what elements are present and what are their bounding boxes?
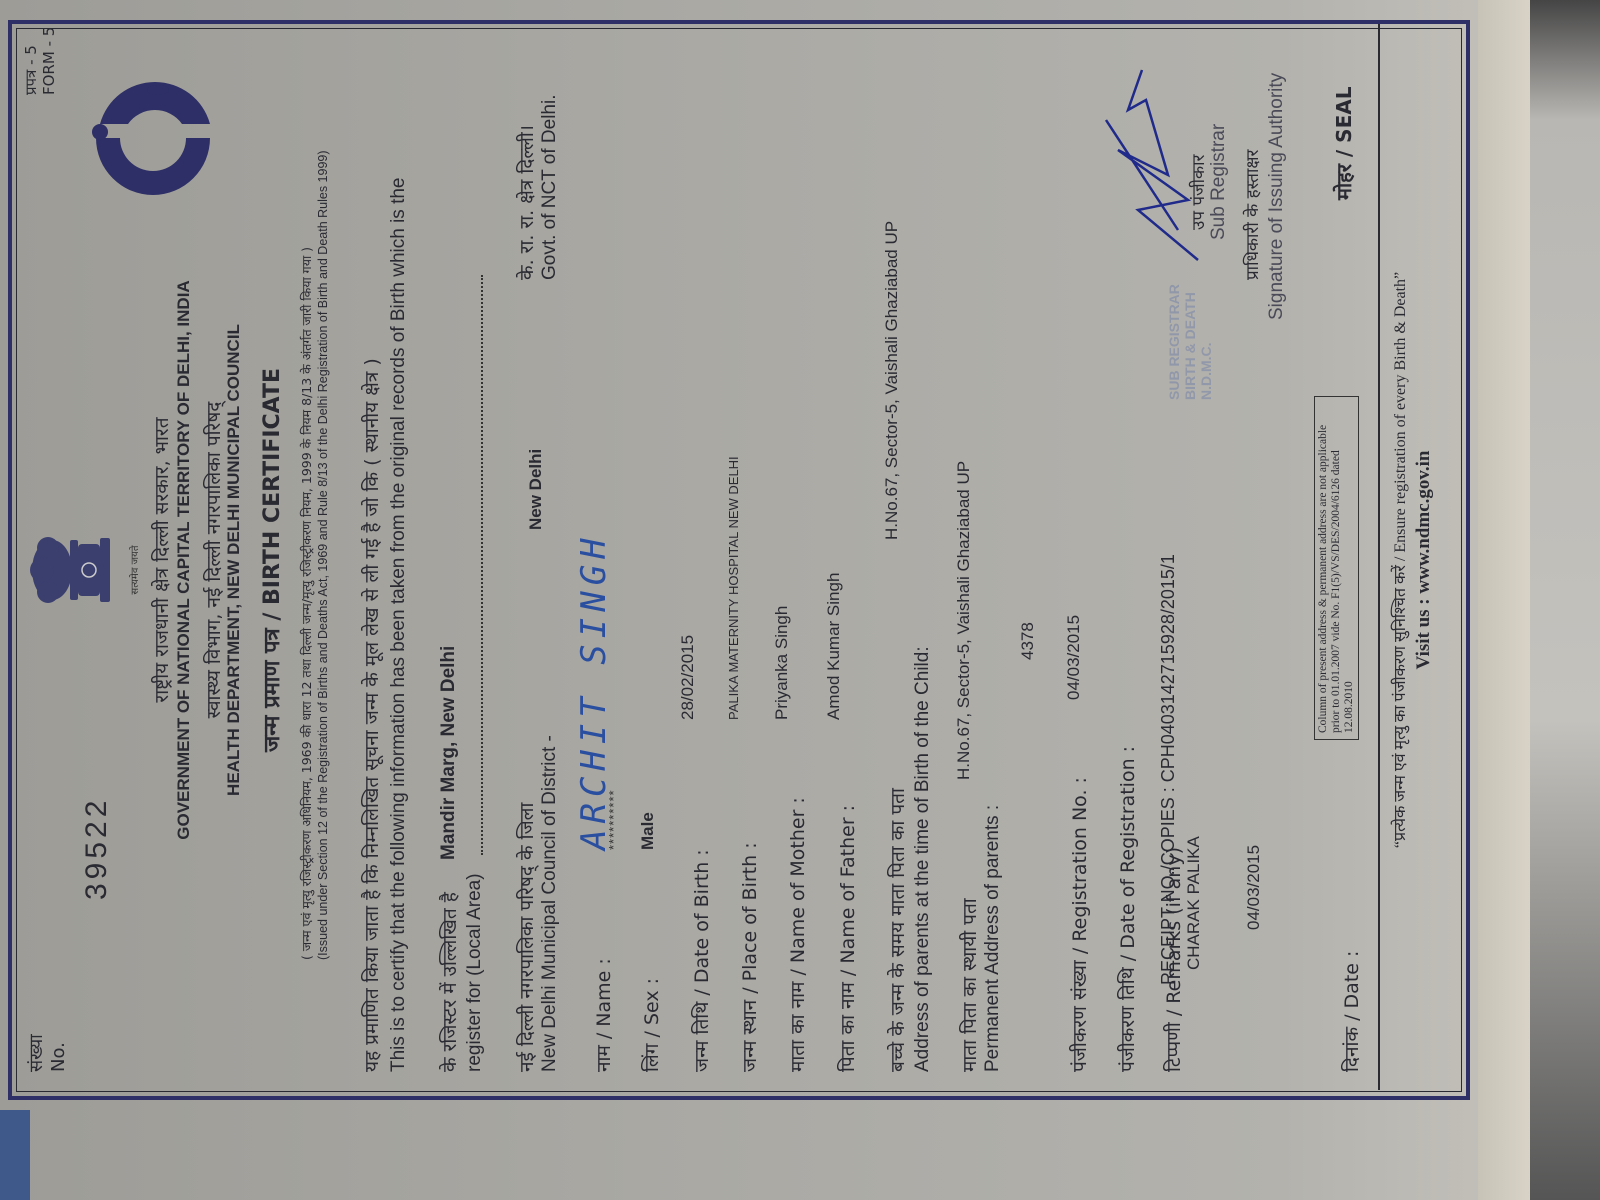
signature-label-hindi: प्राधिकारी के हस्ताक्षर [1240, 150, 1263, 281]
father-label: पिता का नाम / Name of Father : [834, 805, 860, 1072]
seal-label: मोहर / SEAL [1330, 87, 1357, 200]
remarks-value: RECEIPT NO./COPIES : CPH0403142715928/20… [1158, 554, 1179, 985]
remarks-value-line2: CHARAK PALIKA [1184, 836, 1204, 970]
underlying-document-corner [0, 1110, 30, 1200]
document-title: जन्म प्रमाण पत्र / BIRTH CERTIFICATE [256, 20, 286, 1100]
birth-certificate: संख्या No. 39522 सत्यमेव जयते प्रपत्र - … [8, 0, 1478, 1100]
dob-value: 28/02/2015 [678, 635, 698, 720]
certificate-number-label: संख्या No. [26, 1034, 70, 1072]
header-dept-english: HEALTH DEPARTMENT, NEW DELHI MUNICIPAL C… [224, 20, 244, 1100]
national-emblem-icon: सत्यमेव जयते [24, 510, 144, 630]
mother-value: Priyanka Singh [772, 606, 792, 720]
father-value: Amod Kumar Singh [824, 573, 844, 720]
perm-address-label-english: Permanent Address of parents : [982, 805, 1004, 1072]
footer-website: Visit us : www.ndmc.gov.in [1413, 20, 1435, 1100]
sub-registrar-english: Sub Registrar [1208, 124, 1230, 240]
council-label-english: New Delhi Municipal Council of District … [539, 735, 561, 1072]
certificate-number: 39522 [80, 797, 114, 900]
footer-divider [1378, 24, 1380, 1090]
dob-label: जन्म तिथि / Date of Birth : [688, 849, 714, 1072]
legal-note-hindi: ( जन्म एवं मृत्यु रजिस्ट्रीकरण अधिनियम, … [298, 247, 315, 960]
sex-label: लिंग / Sex : [638, 978, 664, 1072]
reg-date-value: 04/03/2015 [1064, 615, 1084, 700]
pob-label: जन्म स्थान / Place of Birth : [736, 842, 762, 1072]
paper-edge [1478, 0, 1530, 1200]
issue-date-value: 04/03/2015 [1244, 845, 1264, 930]
govt-nct-hindi: के. रा. रा. क्षेत्र दिल्ली। [513, 125, 539, 280]
form-number: प्रपत्र - 5 FORM - 5 [22, 27, 58, 95]
sub-registrar-hindi: उप पंजीकार [1186, 155, 1209, 230]
reg-no-label: पंजीकरण संख्या / Registration No. : [1066, 777, 1092, 1072]
name-label: नाम / Name : [590, 958, 616, 1072]
council-label-hindi: नई दिल्ली नगरपालिका परिषद् के जिला [513, 803, 539, 1072]
dotted-line [470, 275, 488, 855]
local-area-value: Mandir Marg, New Delhi [438, 646, 460, 860]
header-govt-english: GOVERNMENT OF NATIONAL CAPITAL TERRITORY… [174, 20, 194, 1100]
sex-value: Male [638, 812, 658, 850]
govt-nct-english: Govt. of NCT of Delhi. [539, 95, 561, 281]
registrar-stamp: SUB REGISTRAR BIRTH & DEATH N.D.M.C. [1166, 284, 1214, 400]
pob-value: PALIKA MATERNITY HOSPITAL NEW DELHI [726, 456, 741, 720]
header-dept-hindi: स्वास्थ्य विभाग, नई दिल्ली नगरपालिका परि… [200, 20, 226, 1100]
perm-address-label-hindi: माता पिता का स्थायी पता [956, 898, 982, 1072]
name-redaction-stars: ********** [606, 789, 621, 850]
perm-address-value: H.No.67, Sector-5, Vaishali Ghaziabad UP [954, 461, 974, 780]
register-label-english: register for (Local Area) [464, 873, 486, 1072]
birth-address-value: H.No.67, Sector-5, Vaishali Ghaziabad UP [882, 221, 902, 540]
footer-slogan: “प्रत्येक जन्म एवं मृत्यु का पंजीकरण सुन… [1388, 20, 1410, 1100]
district-value: New Delhi [526, 449, 546, 530]
register-label-hindi: के रजिस्टर में उल्लिखित है [436, 892, 462, 1072]
signature-label-english: Signature of Issuing Authority [1266, 73, 1288, 320]
legal-note-english: (Issued under Section 12 of the Registra… [316, 150, 330, 960]
birth-address-label-english: Address of parents at the time of Birth … [912, 646, 934, 1072]
certify-text-hindi: यह प्रमाणित किया जाता है कि निम्नलिखित स… [358, 358, 384, 1072]
birth-address-label-hindi: बच्चे के जन्म के समय माता पिता का पता [884, 788, 910, 1072]
reg-no-value: 4378 [1018, 622, 1038, 660]
header-govt-hindi: राष्ट्रीय राजधानी क्षेत्र दिल्ली सरकार, … [148, 20, 174, 1100]
address-note-box: Column of present address & permanent ad… [1314, 396, 1359, 740]
mother-label: माता का नाम / Name of Mother : [784, 797, 810, 1072]
background-surface [1520, 0, 1600, 1200]
reg-date-label: पंजीकरण तिथि / Date of Registration : [1114, 746, 1140, 1072]
date-label: दिनांक / Date : [1338, 951, 1364, 1072]
certify-text-english: This is to certify that the following in… [388, 178, 410, 1072]
